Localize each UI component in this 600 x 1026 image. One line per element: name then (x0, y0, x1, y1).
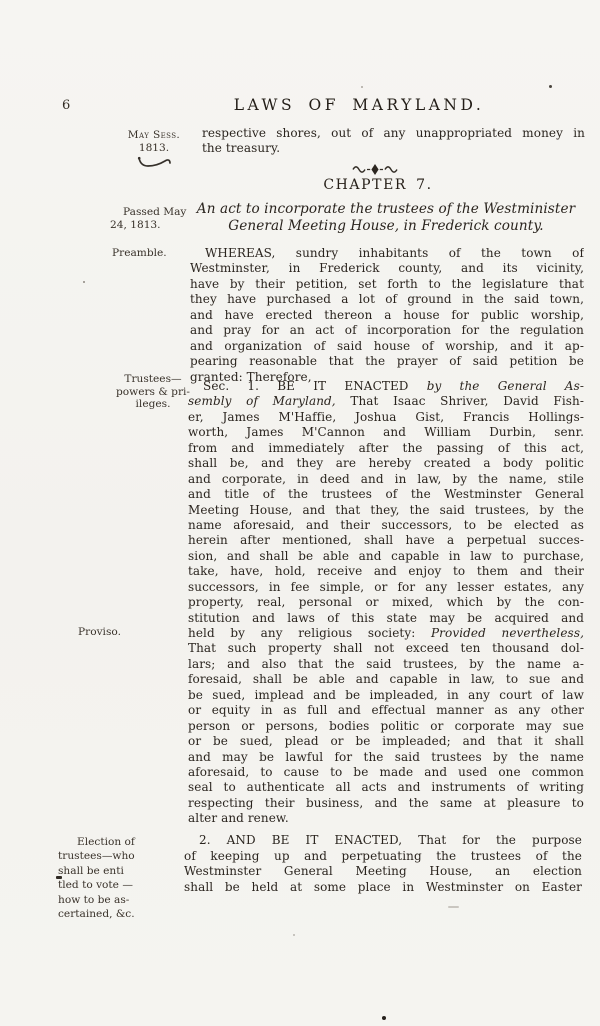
margin-note-passed-date: Passed May 24, 1813. (110, 206, 190, 232)
text-line: they have purchased a lot of ground in t… (190, 292, 584, 307)
text-line: stitution and laws of this state may be … (188, 611, 584, 626)
text-line: and organization of said house of worshi… (190, 339, 584, 354)
text-line: have by their petition, set forth to the… (190, 277, 584, 292)
text-line: sion, and shall be able and capable in l… (188, 549, 584, 564)
text-line: worth, James M'Cannon and William Durbin… (188, 425, 584, 440)
preamble-paragraph: WHEREAS, sundry inhabitants of the town … (190, 246, 584, 385)
text-line: or equity in as full and effectual manne… (188, 703, 584, 718)
text-line: from and immediately after the passing o… (188, 441, 584, 456)
text-line: successors, in fee simple, or for any le… (188, 580, 584, 595)
text-line: or be sued, plead or be impleaded; and t… (188, 734, 584, 749)
chapter-heading: CHAPTER 7. (190, 177, 566, 193)
session-year: 1813. (116, 142, 192, 155)
ink-speck (448, 906, 459, 908)
margin-note-session: May Sess. 1813. (116, 129, 192, 168)
text-line: and corporate, in deed and in law, by th… (188, 472, 584, 487)
text-line: person or persons, bodies politic or cor… (188, 719, 584, 734)
text-line: take, have, hold, receive and enjoy to t… (188, 564, 584, 579)
section-1-paragraph: Sec. 1. BE IT ENACTED by the General As-… (188, 379, 584, 827)
act-title: An act to incorporate the trustees of th… (190, 201, 582, 235)
text-line: sembly of Maryland, That Isaac Shriver, … (188, 394, 584, 409)
text-line: and have erected thereon a house for pub… (190, 308, 584, 323)
text-line: property, real, personal or mixed, which… (188, 595, 584, 610)
text-line: and may be lawful for the said trustees … (188, 750, 584, 765)
swash-underline-icon (137, 156, 171, 168)
text-line: er, James M'Haffie, Joshua Gist, Francis… (188, 410, 584, 425)
margin-note-election: Election oftrustees—whoshall be entitled… (58, 835, 152, 922)
text-line: WHEREAS, sundry inhabitants of the town … (190, 246, 584, 261)
text-line: certained, &c. (58, 907, 152, 921)
text-line: ileges. (116, 398, 190, 411)
continuation-paragraph: respective shores, out of any unappropri… (202, 126, 585, 157)
ink-speck (549, 85, 552, 88)
margin-note-preamble: Preamble. (112, 247, 192, 260)
session-name: May Sess. (116, 129, 192, 142)
text-line: General Meeting House, in Frederick coun… (190, 218, 582, 235)
section-2-paragraph: 2. AND BE IT ENACTED, That for the purpo… (184, 833, 582, 895)
scanned-book-page: { "page": { "number": "6", "header": "LA… (0, 0, 600, 1026)
text-line: Trustees— (116, 373, 190, 386)
text-line: alter and renew. (188, 811, 584, 826)
text-line: 2. AND BE IT ENACTED, That for the purpo… (184, 833, 582, 849)
text-line: be sued, implead and be impleaded, in an… (188, 688, 584, 703)
text-line: lars; and also that the said trustees, b… (188, 657, 584, 672)
passed-date: 24, 1813. (110, 219, 190, 232)
text-line: shall be enti (58, 864, 152, 878)
text-line: pearing reasonable that the prayer of sa… (190, 354, 584, 369)
text-line: of keeping up and perpetuating the trust… (184, 849, 582, 865)
ink-speck (293, 934, 295, 936)
text-line: Westminster General Meeting House, an el… (184, 864, 582, 880)
text-line: Meeting House, and that they, the said t… (188, 503, 584, 518)
text-line: herein after mentioned, shall have a per… (188, 533, 584, 548)
text-line: the treasury. (202, 141, 585, 156)
ink-speck (361, 86, 363, 88)
text-line: tled to vote — (58, 878, 152, 892)
ink-speck (56, 876, 62, 879)
running-header: LAWS OF MARYLAND. (188, 96, 530, 114)
margin-note-trustees-powers: Trustees—powers & pri-ileges. (116, 373, 190, 411)
text-line: An act to incorporate the trustees of th… (190, 201, 582, 218)
text-line: respective shores, out of any unappropri… (202, 126, 585, 141)
text-line: aforesaid, to cause to be made and used … (188, 765, 584, 780)
passed-line: Passed May (110, 206, 190, 219)
chapter-ornament-icon (352, 161, 398, 174)
text-line: and pray for an act of incorporation for… (190, 323, 584, 338)
margin-note-proviso: Proviso. (78, 626, 148, 639)
text-line: shall be, and they are hereby created a … (188, 456, 584, 471)
text-line: name aforesaid, and their successors, to… (188, 518, 584, 533)
page-number: 6 (62, 98, 70, 113)
text-line: powers & pri- (116, 386, 190, 399)
ink-speck (83, 281, 85, 283)
text-line: respecting their business, and the same … (188, 796, 584, 811)
text-line: Westminster, in Frederick county, and it… (190, 261, 584, 276)
text-line: Election of (58, 835, 152, 849)
text-line: how to be as- (58, 893, 152, 907)
text-line: trustees—who (58, 849, 152, 863)
text-line: Sec. 1. BE IT ENACTED by the General As- (188, 379, 584, 394)
ink-speck (382, 1016, 386, 1020)
text-line: held by any religious society: Provided … (188, 626, 584, 641)
text-line: shall be held at some place in Westminst… (184, 880, 582, 896)
text-line: That such property shall not exceed ten … (188, 641, 584, 656)
text-line: and title of the trustees of the Westmin… (188, 487, 584, 502)
text-line: foresaid, shall be able and capable in l… (188, 672, 584, 687)
text-line: seal to authenticate all acts and instru… (188, 780, 584, 795)
